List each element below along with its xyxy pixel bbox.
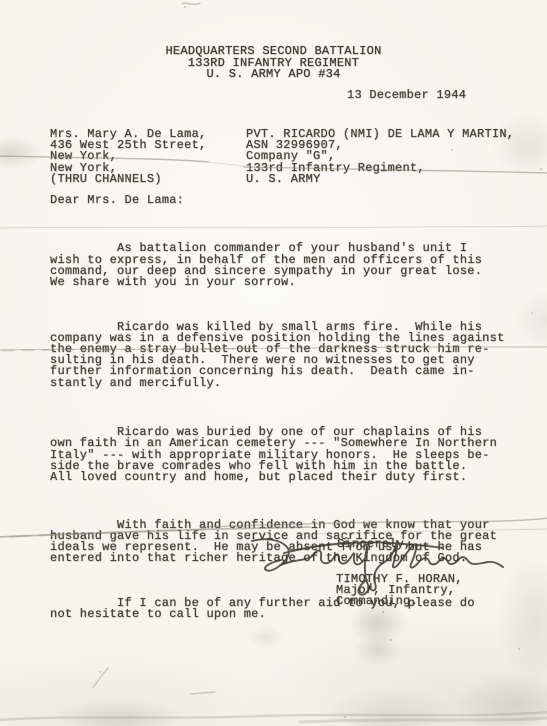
paper-stain xyxy=(0,136,44,170)
bottom-edge-dash xyxy=(190,692,215,694)
paragraph-circumstances: Ricardo was killed by small arms fire. W… xyxy=(50,322,520,389)
date-line: 13 December 1944 xyxy=(347,90,466,101)
paragraph-sympathy: As battalion commander of your husband's… xyxy=(50,243,520,288)
recipient-address: Mrs. Mary A. De Lama, 436 West 25th Stre… xyxy=(50,129,206,185)
paper-stain xyxy=(55,700,185,726)
salutation: Dear Mrs. De Lama: xyxy=(50,195,184,206)
bottom-edge-marks xyxy=(0,712,547,720)
scanned-letter-page: HEADQUARTERS SECOND BATTALION 133RD INFA… xyxy=(0,0,547,726)
letterhead: HEADQUARTERS SECOND BATTALION 133RD INFA… xyxy=(0,46,547,81)
paper-stain xyxy=(455,672,547,726)
paper-stain xyxy=(325,688,455,726)
bottom-edge-marks-2 xyxy=(300,718,547,722)
typed-signature-block: TIMOTHY F. HORAN, Major, Infantry, Comma… xyxy=(336,574,463,608)
paragraph-burial: Ricardo was buried by one of our chaplai… xyxy=(50,427,520,483)
paragraph-faith: With faith and confidence in God we know… xyxy=(50,520,520,565)
closing-sincerely: Sincerely, xyxy=(337,539,412,550)
soldier-service-block: PVT. RICARDO (NMI) DE LAMA Y MARTIN, ASN… xyxy=(246,129,514,185)
scan-mark xyxy=(182,3,200,4)
pencil-mark xyxy=(93,668,108,688)
fold-crease-address-mid xyxy=(208,162,244,166)
